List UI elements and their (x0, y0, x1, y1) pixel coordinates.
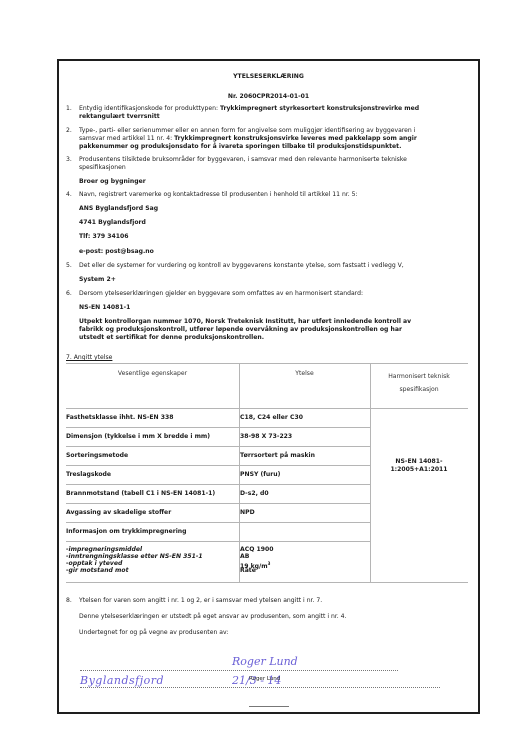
table-bottom-border (66, 582, 468, 583)
row-divider (66, 522, 371, 523)
item-1-value: Trykkimpregnert styrkesortert konstruksj… (220, 105, 419, 112)
table-row-property: Brannmotstand (tabell C1 i NS-EN 14081-1… (66, 490, 215, 498)
item-6-line2: fabrikk og produksjonskontroll, utfører … (79, 326, 402, 334)
item-2-line1: Type-, parti- eller serienummer eller en… (79, 127, 415, 135)
item-6-line1: Utpekt kontrollorgan nummer 1070, Norsk … (79, 318, 411, 326)
table-header-spec-line1: Harmonisert teknisk (370, 373, 468, 381)
table-row-property: Fasthetsklasse ihht. NS-EN 338 (66, 414, 173, 422)
item-6-standard: NS-EN 14081-1 (79, 304, 130, 312)
item-8-text: Ytelsen for varen som angitt i nr. 1 og … (79, 597, 322, 605)
item-3-number: 3. (66, 156, 72, 164)
manufacturer-email: e-post: post@bsag.no (79, 248, 154, 256)
unit-superscript: 3 (268, 561, 271, 566)
impregnation-value: Råte (240, 567, 256, 575)
item-1-text: Entydig identifikasjonskode for produktt… (79, 105, 419, 113)
handwritten-signature: Roger Lund (232, 655, 298, 668)
printed-signatory-name: Roger Lund (249, 676, 280, 682)
item-6-line3: utstedt et sertifikat for denne produksj… (79, 334, 264, 342)
item-3-line1: Produsentens tilsiktede bruksområder for… (79, 156, 407, 164)
item-1-label: Entydig identifikasjonskode for produktt… (79, 105, 220, 112)
item-1-number: 1. (66, 105, 72, 113)
item-6-number: 6. (66, 290, 72, 298)
table-row-property: Treslagskode (66, 471, 111, 479)
item-4-text: Navn, registrert varemerke og kontaktadr… (79, 191, 358, 199)
table-row-property: Dimensjon (tykkelse i mm X bredde i mm) (66, 433, 210, 441)
item-8-text2: Denne ytelseserklæringen er utstedt på e… (79, 613, 346, 621)
place-date-line (80, 687, 440, 688)
manufacturer-phone: Tlf: 379 34106 (79, 233, 129, 241)
harmonised-spec-line2: 1:2005+A1:2011 (370, 466, 468, 474)
table-header-performance: Ytelse (239, 370, 370, 378)
row-divider (66, 465, 371, 466)
row-divider (66, 503, 371, 504)
handwritten-place: Byglandsfjord (80, 674, 164, 687)
table-row-value: NPD (240, 509, 255, 517)
table-row-value: PNSY (furu) (240, 471, 280, 479)
item-2-value: Trykkimpregnert konstruksjonsvirke lever… (174, 135, 417, 142)
manufacturer-name: ANS Byglandsfjord Sag (79, 205, 158, 213)
table-row-value: Tørrsortert på maskin (240, 452, 315, 460)
item-2-line3: pakkenummer og produksjonsdato for å iva… (79, 143, 401, 151)
item-6-text: Dersom ytelseserklæringen gjelder en byg… (79, 290, 363, 298)
table-row-value: C18, C24 eller C30 (240, 414, 303, 422)
row-divider (66, 541, 371, 542)
item-5-text: Det eller de systemer for vurdering og k… (79, 262, 404, 270)
table-top-border (66, 363, 468, 364)
row-divider (66, 446, 371, 447)
row-divider (66, 484, 371, 485)
item-2-line2: samsvar med artikkel 11 nr. 4: Trykkimpr… (79, 135, 417, 143)
table-row-value: 38-98 X 73-223 (240, 433, 292, 441)
impregnation-label: -gir motstand mot (66, 567, 128, 575)
item-3-value: Broer og bygninger (79, 178, 146, 186)
table-header-properties: Vesentlige egenskaper (66, 370, 239, 378)
item-5-number: 5. (66, 262, 72, 270)
table-row-property: Avgassing av skadelige stoffer (66, 509, 171, 517)
item-8-text3: Undertegnet for og på vegne av produsent… (79, 629, 228, 637)
table-row-property: Informasjon om trykkimpregnering (66, 528, 187, 536)
table-header-border (66, 408, 468, 409)
signature-underline (249, 706, 289, 707)
item-5-value: System 2+ (79, 276, 116, 284)
item-7-heading: 7. Angitt ytelse (66, 354, 112, 362)
item-2-number: 2. (66, 127, 72, 135)
harmonised-spec-line1: NS-EN 14081- (370, 458, 468, 466)
row-divider (66, 427, 371, 428)
item-4-number: 4. (66, 191, 72, 199)
table-header-spec-line2: spesifikasjon (370, 386, 468, 394)
table-row-property: Sorteringsmetode (66, 452, 128, 460)
manufacturer-address: 4741 Byglandsfjord (79, 219, 146, 227)
signature-line (80, 670, 398, 671)
item-3-line2: spesifikasjonen (79, 164, 126, 172)
table-row-value: D-s2, d0 (240, 490, 269, 498)
document-number: Nr. 2060CPR2014-01-01 (57, 93, 480, 101)
item-2-label: samsvar med artikkel 11 nr. 4: (79, 135, 174, 142)
item-8-number: 8. (66, 597, 72, 605)
document-title: YTELSESERKLÆRING (57, 73, 480, 81)
item-1-value-cont: rektangulært tverrsnitt (79, 113, 160, 121)
